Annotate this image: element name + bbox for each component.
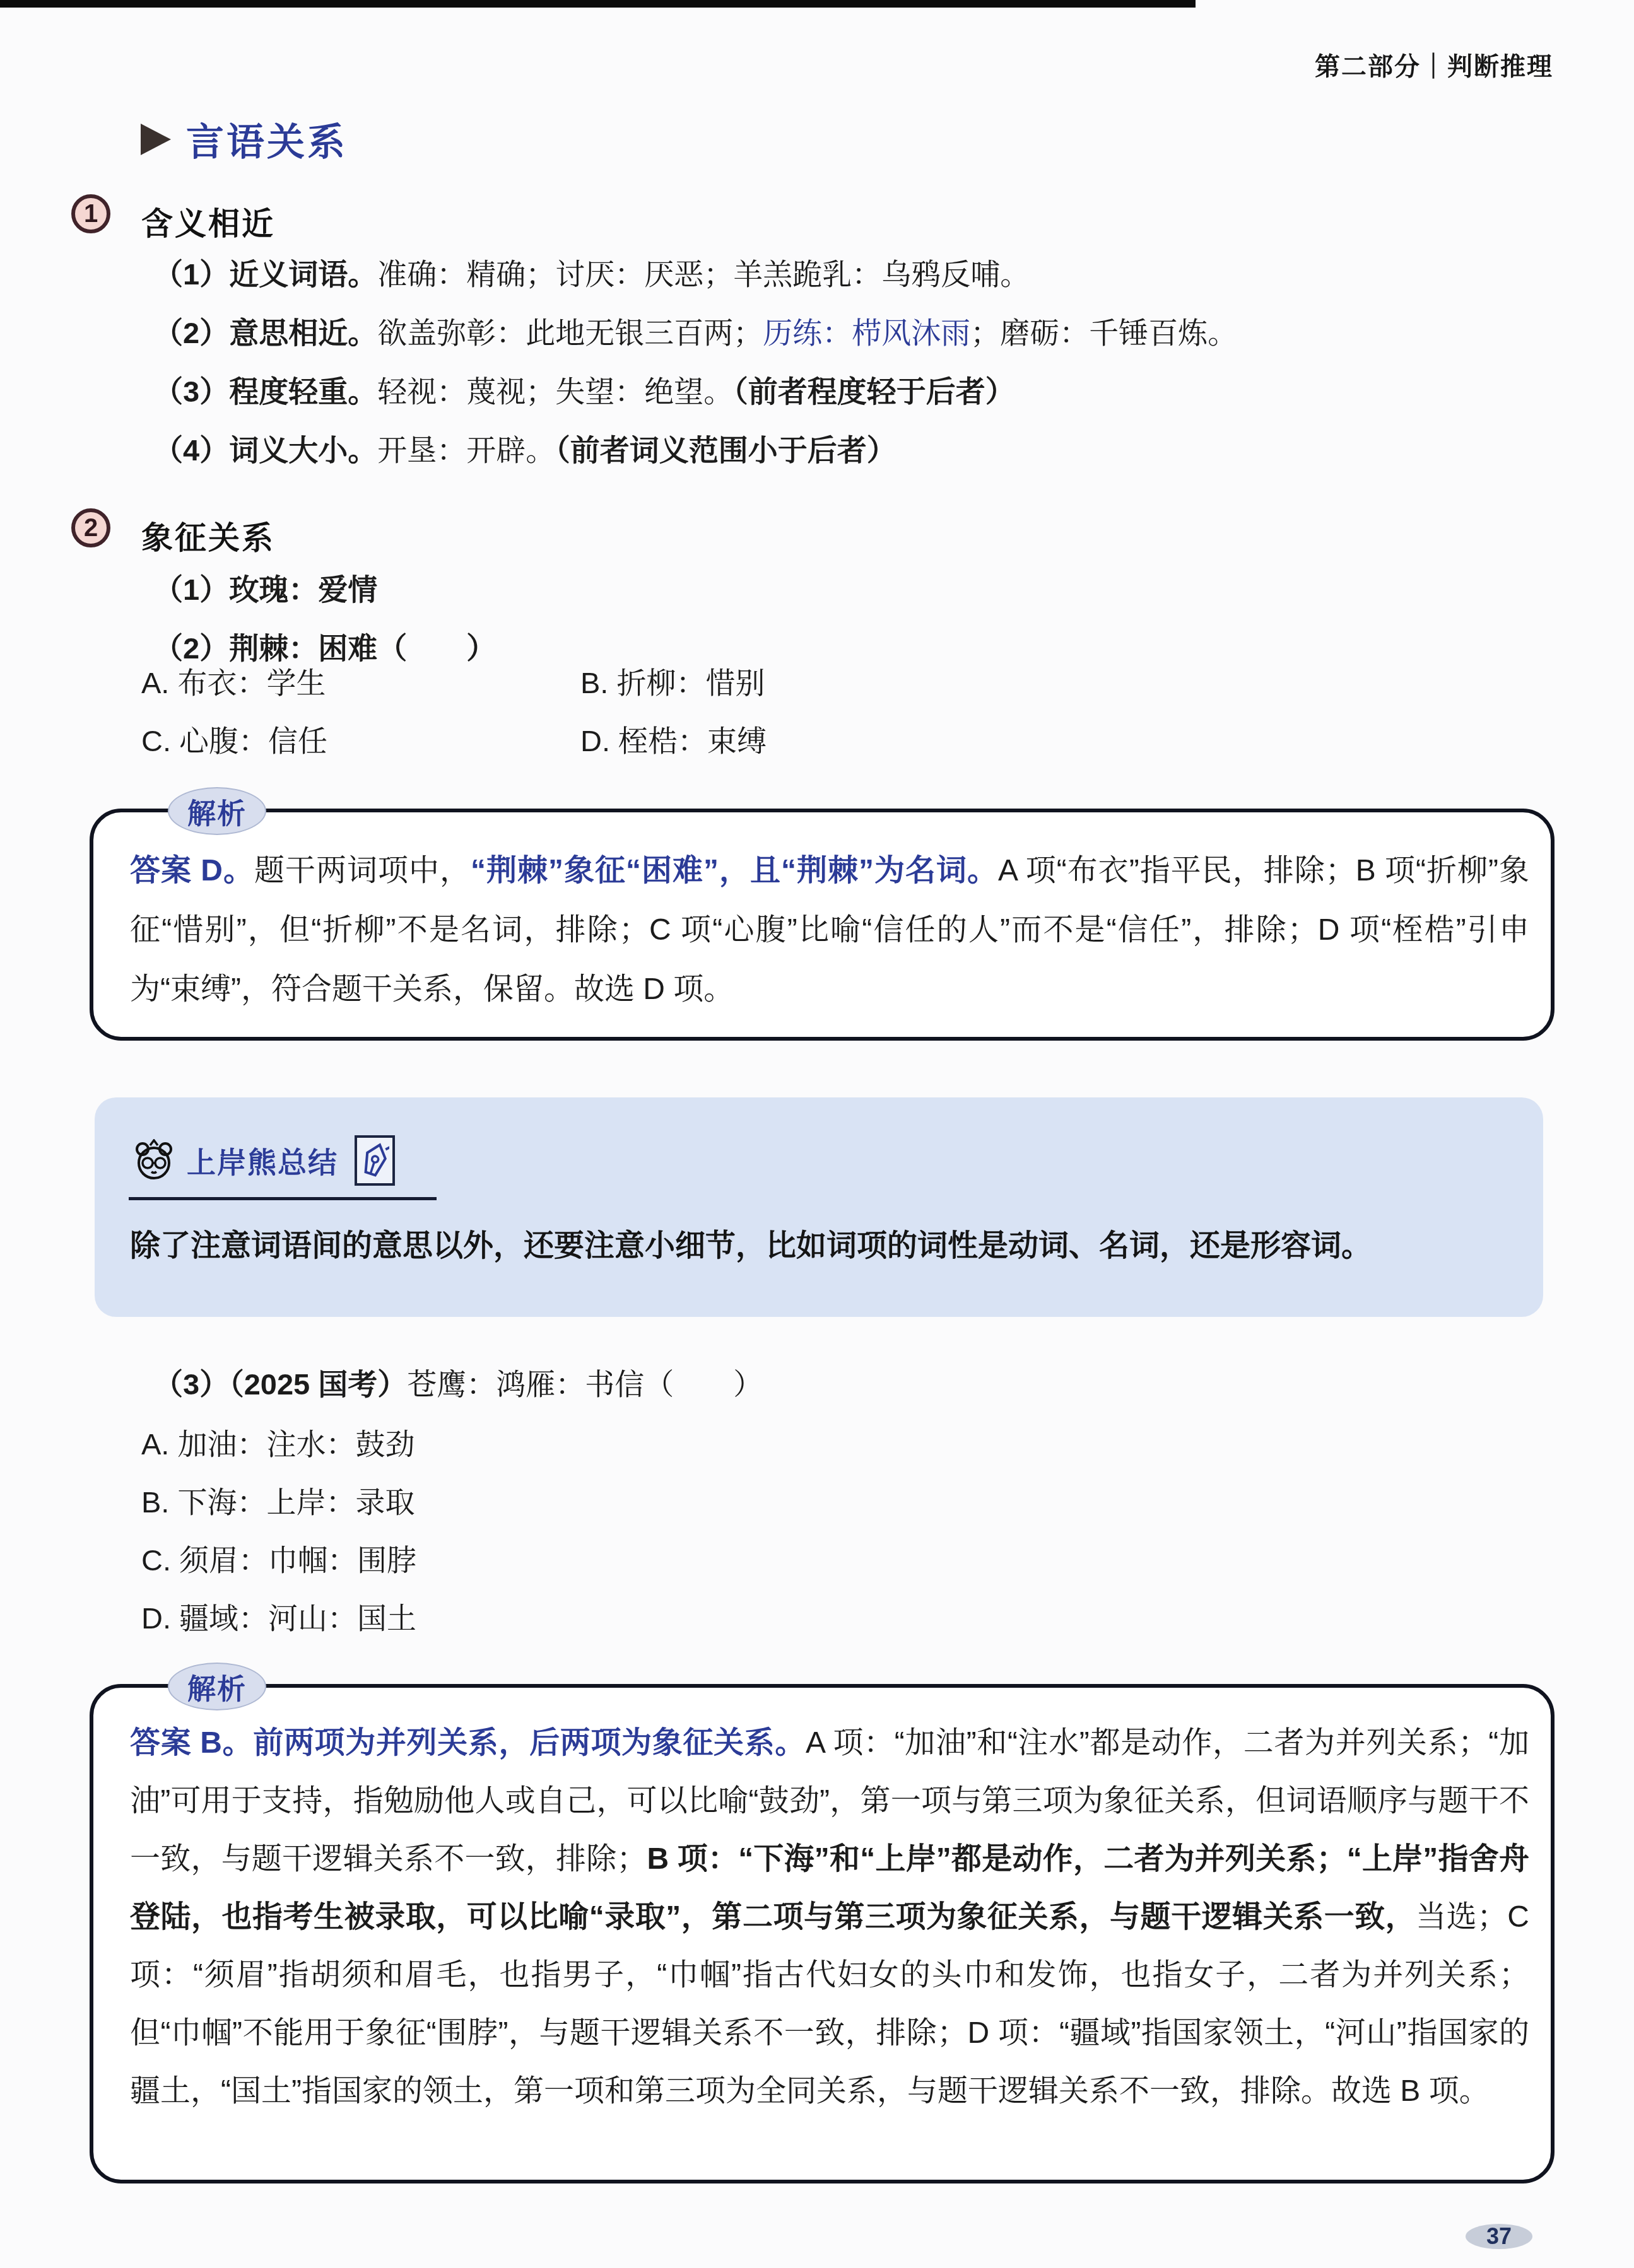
option-b: B. 折柳：惜别 — [580, 660, 765, 702]
analysis-box-1: 解析 答案 D。题干两词项中，“荆棘”象征“困难”，且“荆棘”为名词。A 项“布… — [90, 809, 1555, 1041]
item-note: （前者程度轻于后者） — [733, 375, 1015, 408]
analysis-box-2: 解析 答案 B。前两项为并列关系，后两项为象征关系。A 项：“加油”和“注水”都… — [90, 1684, 1555, 2183]
option-d: D. 疆域：河山：国土 — [141, 1595, 416, 1637]
item-text: ；磨砺：千锤百炼。 — [970, 316, 1237, 349]
question-stem: （3）（2025 国考）苍鹰：鸿雁：书信（ ） — [153, 1361, 763, 1403]
list-item: （4）词义大小。开垦：开辟。（前者词义范围小于后者） — [153, 427, 896, 469]
item-text: 准确：精确；讨厌：厌恶；羊羔跪乳：乌鸦反哺。 — [377, 257, 1030, 291]
item-label: （4）词义大小。 — [153, 433, 377, 467]
circled-number-1: 1 — [71, 194, 110, 233]
list-item: （3）程度轻重。轻视：蔑视；失望：绝望。（前者程度轻于后者） — [153, 368, 1015, 411]
section2-heading: 象征关系 — [141, 513, 275, 558]
highlighted-idiom: 历练：栉风沐雨 — [763, 316, 970, 349]
summary-text: 除了注意词语间的意思以外，还要注意小细节，比如词项的词性是动词、名词，还是形容词… — [130, 1221, 1512, 1265]
answer-label: 答案 B。前两项为并列关系，后两项为象征关系。 — [130, 1726, 806, 1760]
summary-box: 上岸熊总结 除了注意词语间的意思以外，还要注意小细节，比如词项的词性是动词、名词… — [95, 1097, 1543, 1317]
item-text: 开垦：开辟。 — [377, 433, 555, 467]
list-item: （1）近义词语。准确：精确；讨厌：厌恶；羊羔跪乳：乌鸦反哺。 — [153, 251, 1030, 293]
question-label: （3）（2025 国考） — [153, 1367, 407, 1401]
example-line: （1）玫瑰：爱情 — [153, 566, 377, 609]
question-text: 苍鹰：鸿雁：书信（ ） — [407, 1367, 763, 1401]
analysis-badge: 解析 — [168, 1663, 266, 1710]
analysis-badge: 解析 — [168, 787, 266, 835]
item-label: （3）程度轻重。 — [153, 375, 377, 408]
page-number-badge: 37 — [1466, 2224, 1532, 2249]
option-a: A. 布衣：学生 — [141, 660, 326, 702]
item-label: （1）近义词语。 — [153, 257, 377, 291]
page-title: 言语关系 — [141, 112, 348, 167]
option-c: C. 须眉：巾帼：围脖 — [141, 1537, 416, 1579]
list-item: （2）意思相近。欲盖弥彰：此地无银三百两；历练：栉风沐雨；磨砺：千锤百炼。 — [153, 310, 1237, 352]
analysis-highlight: “荆棘”象征“困难”，且“荆棘”为名词。 — [471, 854, 998, 887]
summary-title: 上岸熊总结 — [187, 1140, 338, 1181]
bear-icon — [132, 1139, 175, 1182]
page-number: 37 — [1486, 2223, 1512, 2250]
textbook-page: 第二部分｜判断推理 言语关系 1 含义相近 （1）近义词语。准确：精确；讨厌：厌… — [0, 0, 1634, 2268]
scan-artifact-bar — [0, 0, 1196, 8]
option-b: B. 下海：上岸：录取 — [141, 1479, 414, 1521]
summary-underline — [129, 1197, 437, 1200]
item-label: （2）意思相近。 — [153, 316, 377, 349]
item-note: （前者词义范围小于后者） — [555, 433, 896, 467]
right-triangle-icon — [141, 124, 171, 155]
section1-heading: 含义相近 — [141, 199, 275, 244]
option-d: D. 桎梏：束缚 — [580, 718, 767, 760]
analysis-lead: 题干两词项中， — [254, 854, 471, 887]
item-text: 轻视：蔑视；失望：绝望。 — [377, 375, 733, 408]
pen-frame — [355, 1135, 395, 1186]
option-c: C. 心腹：信任 — [141, 718, 327, 760]
summary-header: 上岸熊总结 — [132, 1135, 395, 1186]
item-text: 欲盖弥彰：此地无银三百两； — [377, 316, 763, 349]
page-title-text: 言语关系 — [186, 112, 348, 167]
circled-number-2: 2 — [71, 508, 110, 547]
analysis-text: 答案 B。前两项为并列关系，后两项为象征关系。A 项：“加油”和“注水”都是动作… — [93, 1688, 1551, 2120]
pen-nib-icon — [360, 1142, 389, 1179]
analysis-text: 答案 D。题干两词项中，“荆棘”象征“困难”，且“荆棘”为名词。A 项“布衣”指… — [93, 812, 1551, 1019]
running-header: 第二部分｜判断推理 — [1315, 47, 1553, 83]
answer-label: 答案 D。 — [130, 854, 254, 887]
option-a: A. 加油：注水：鼓劲 — [141, 1421, 414, 1463]
